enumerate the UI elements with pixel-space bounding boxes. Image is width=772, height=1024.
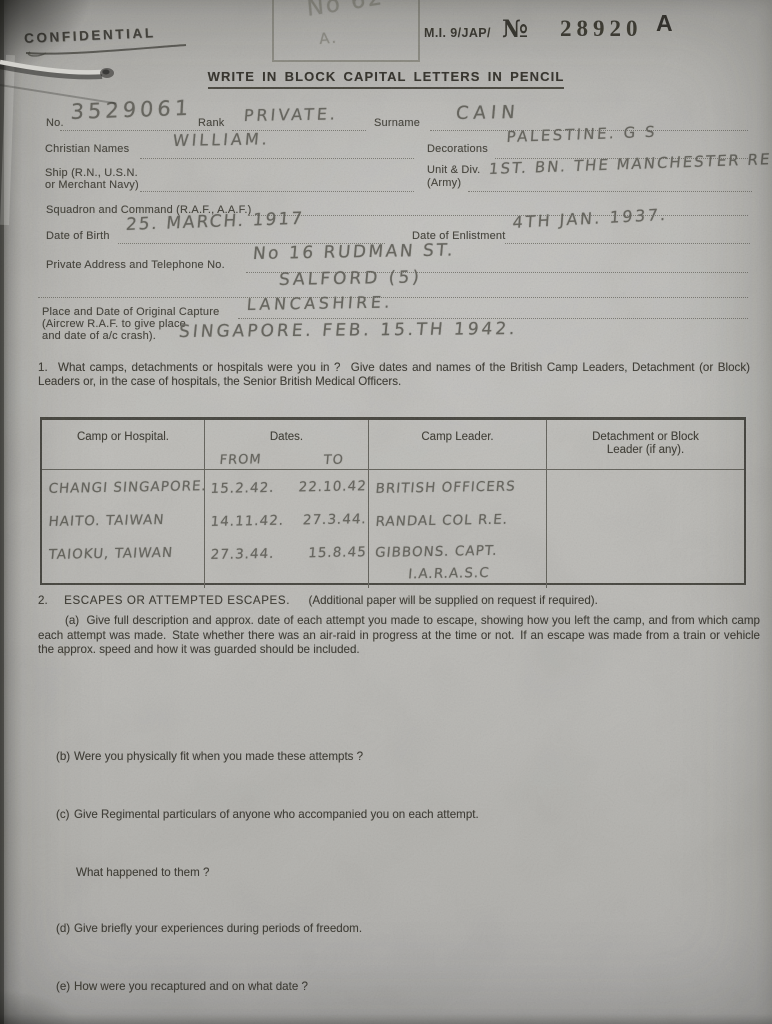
- stamp-box: No 62 A.: [272, 0, 420, 62]
- address-line2-value: SALFORD (5): [278, 268, 423, 290]
- item-e-letter: (e): [56, 980, 74, 993]
- corner-shadow-bottom-left: [0, 969, 110, 1024]
- item-b-text: Were you physically fit when you made th…: [74, 750, 363, 763]
- christian-names-value: WILLIAM.: [172, 129, 271, 150]
- col-header-block-line1: Detachment or Block: [547, 431, 744, 444]
- section2-heading-row: 2. ESCAPES OR ATTEMPTED ESCAPES. (Additi…: [38, 591, 752, 609]
- file-number: 28920: [560, 16, 643, 42]
- address-line1-value: No 16 RUDMAN ST.: [252, 240, 456, 264]
- dotted-line: [140, 157, 414, 159]
- item-c-letter: (c): [56, 808, 74, 821]
- date-of-birth-label: Date of Birth: [46, 230, 110, 242]
- dotted-line: [248, 214, 748, 216]
- item-b-letter: (b): [56, 750, 74, 763]
- dates-cell: 15.2.42.22.10.42: [205, 471, 371, 507]
- col-header-dates-label: Dates.: [270, 431, 303, 443]
- rank-value: PRIVATE.: [243, 104, 339, 125]
- decorations-label: Decorations: [427, 143, 488, 155]
- date-to: 15.8.45: [307, 537, 369, 571]
- item-a-text: Give full description and approx. date o…: [38, 614, 760, 656]
- item-c-text: Give Regimental particulars of anyone wh…: [74, 808, 479, 821]
- service-no-label: No.: [46, 117, 64, 129]
- decorations-value: PALESTINE. G S: [506, 123, 658, 146]
- corner-letter: A: [656, 10, 673, 37]
- col-header-block: Detachment or Block Leader (if any).: [547, 420, 744, 469]
- surname-value: CAIN: [455, 102, 521, 124]
- leader-cell: BRITISH OFFICERS: [369, 471, 549, 507]
- left-edge-strip: [0, 0, 4, 1024]
- leader-column: BRITISH OFFICERS RANDAL COL R.E. GIBBONS…: [369, 470, 547, 588]
- stamp-box-number: No 62: [306, 0, 385, 22]
- dates-to-label: TO: [323, 454, 344, 467]
- confidential-stamp: CONFIDENTIAL: [24, 25, 156, 46]
- dotted-line: [468, 190, 752, 192]
- item-d-text: Give briefly your experiences during per…: [74, 922, 362, 935]
- block-leader-column: [547, 470, 744, 588]
- dotted-line: [140, 190, 414, 192]
- address-label: Private Address and Telephone No.: [46, 259, 225, 271]
- camp-column: CHANGI SINGAPORE. HAITO. TAIWAN TAIOKU, …: [42, 470, 205, 588]
- camp-cell: TAIOKU, TAIWAN: [42, 537, 207, 573]
- date-from: 27.3.44.: [209, 539, 276, 573]
- col-header-dates: Dates. FROM TO: [205, 420, 369, 469]
- section2-heading: ESCAPES OR ATTEMPTED ESCAPES.: [64, 594, 290, 607]
- address-line3-value: LANCASHIRE.: [246, 292, 394, 314]
- left-edge-shadow: [0, 0, 22, 1024]
- bottom-edge-shadow: [0, 1014, 772, 1024]
- christian-names-label: Christian Names: [45, 143, 129, 155]
- leader-cell: RANDAL COL R.E.: [369, 504, 549, 540]
- date-to: 27.3.44.: [301, 504, 368, 538]
- item-d-letter: (d): [56, 922, 74, 935]
- item-e-text: How were you recaptured and on what date…: [74, 980, 308, 993]
- item-e: (e) How were you recaptured and on what …: [56, 980, 716, 993]
- item-a: (a) Give full description and approx. da…: [38, 614, 760, 658]
- date-from: 14.11.42.: [209, 506, 285, 540]
- ship-label-line2: or Merchant Navy): [45, 179, 139, 191]
- date-of-enlistment-value: 4TH JAN. 1937.: [512, 205, 669, 232]
- date-to: 22.10.42: [297, 471, 368, 505]
- pow-questionnaire-scan: CONFIDENTIAL No 62 A. M.I. 9/JAP/ № 2892…: [0, 0, 772, 1024]
- dotted-line: [505, 242, 750, 244]
- capture-label-line3: and date of a/c crash).: [42, 330, 156, 342]
- section2-number: 2.: [38, 594, 48, 607]
- item-d: (d) Give briefly your experiences during…: [56, 922, 716, 935]
- section2-note: (Additional paper will be supplied on re…: [309, 594, 598, 607]
- numero-sign: №: [502, 14, 528, 43]
- capture-value: SINGAPORE. FEB. 15.TH 1942.: [178, 319, 519, 342]
- instruction-heading-wrap: WRITE IN BLOCK CAPITAL LETTERS IN PENCIL: [0, 68, 772, 89]
- ship-label-line1: Ship (R.N., U.S.N.: [45, 167, 138, 179]
- camp-cell: HAITO. TAIWAN: [42, 504, 207, 540]
- unit-label-line2: (Army): [427, 177, 461, 189]
- camps-table-header-row: Camp or Hospital. Dates. FROM TO Camp Le…: [42, 420, 744, 470]
- camps-table-body: CHANGI SINGAPORE. HAITO. TAIWAN TAIOKU, …: [42, 470, 744, 588]
- form-reference: M.I. 9/JAP/: [424, 26, 491, 40]
- col-header-camp: Camp or Hospital.: [42, 420, 205, 469]
- stamp-box-letter: A.: [318, 28, 338, 48]
- unit-value: 1ST. BN. THE MANCHESTER RE: [488, 150, 772, 178]
- item-a-letter: (a): [65, 614, 79, 627]
- leader-cell-line2: I.A.R.A.S.C: [369, 563, 548, 588]
- dates-column: 15.2.42.22.10.42 14.11.42.27.3.44. 27.3.…: [205, 470, 369, 588]
- question-1-text: 1. What camps, detachments or hospitals …: [38, 361, 750, 390]
- col-header-block-line2: Leader (if any).: [547, 444, 744, 457]
- instruction-heading: WRITE IN BLOCK CAPITAL LETTERS IN PENCIL: [208, 69, 565, 89]
- item-c: (c) Give Regimental particulars of anyon…: [56, 808, 716, 821]
- item-b: (b) Were you physically fit when you mad…: [56, 750, 716, 763]
- date-from: 15.2.42.: [209, 473, 276, 507]
- dates-cell: 14.11.42.27.3.44.: [205, 504, 371, 540]
- camps-table: Camp or Hospital. Dates. FROM TO Camp Le…: [40, 417, 746, 585]
- item-c-followup: What happened to them ?: [76, 866, 209, 879]
- capture-label-line2: (Aircrew R.A.F. to give place: [42, 318, 186, 330]
- unit-label-line1: Unit & Div.: [427, 164, 480, 176]
- col-header-leader: Camp Leader.: [369, 420, 547, 469]
- leader-cell: GIBBONS. CAPT.: [369, 537, 549, 566]
- dates-cell: 27.3.44.15.8.45: [205, 537, 371, 573]
- surname-label: Surname: [374, 117, 420, 129]
- dates-from-label: FROM: [219, 453, 262, 467]
- camp-cell: CHANGI SINGAPORE.: [42, 471, 207, 507]
- rank-label: Rank: [198, 117, 224, 129]
- service-no-value: 3529061: [70, 96, 193, 124]
- capture-label-line1: Place and Date of Original Capture: [42, 306, 219, 318]
